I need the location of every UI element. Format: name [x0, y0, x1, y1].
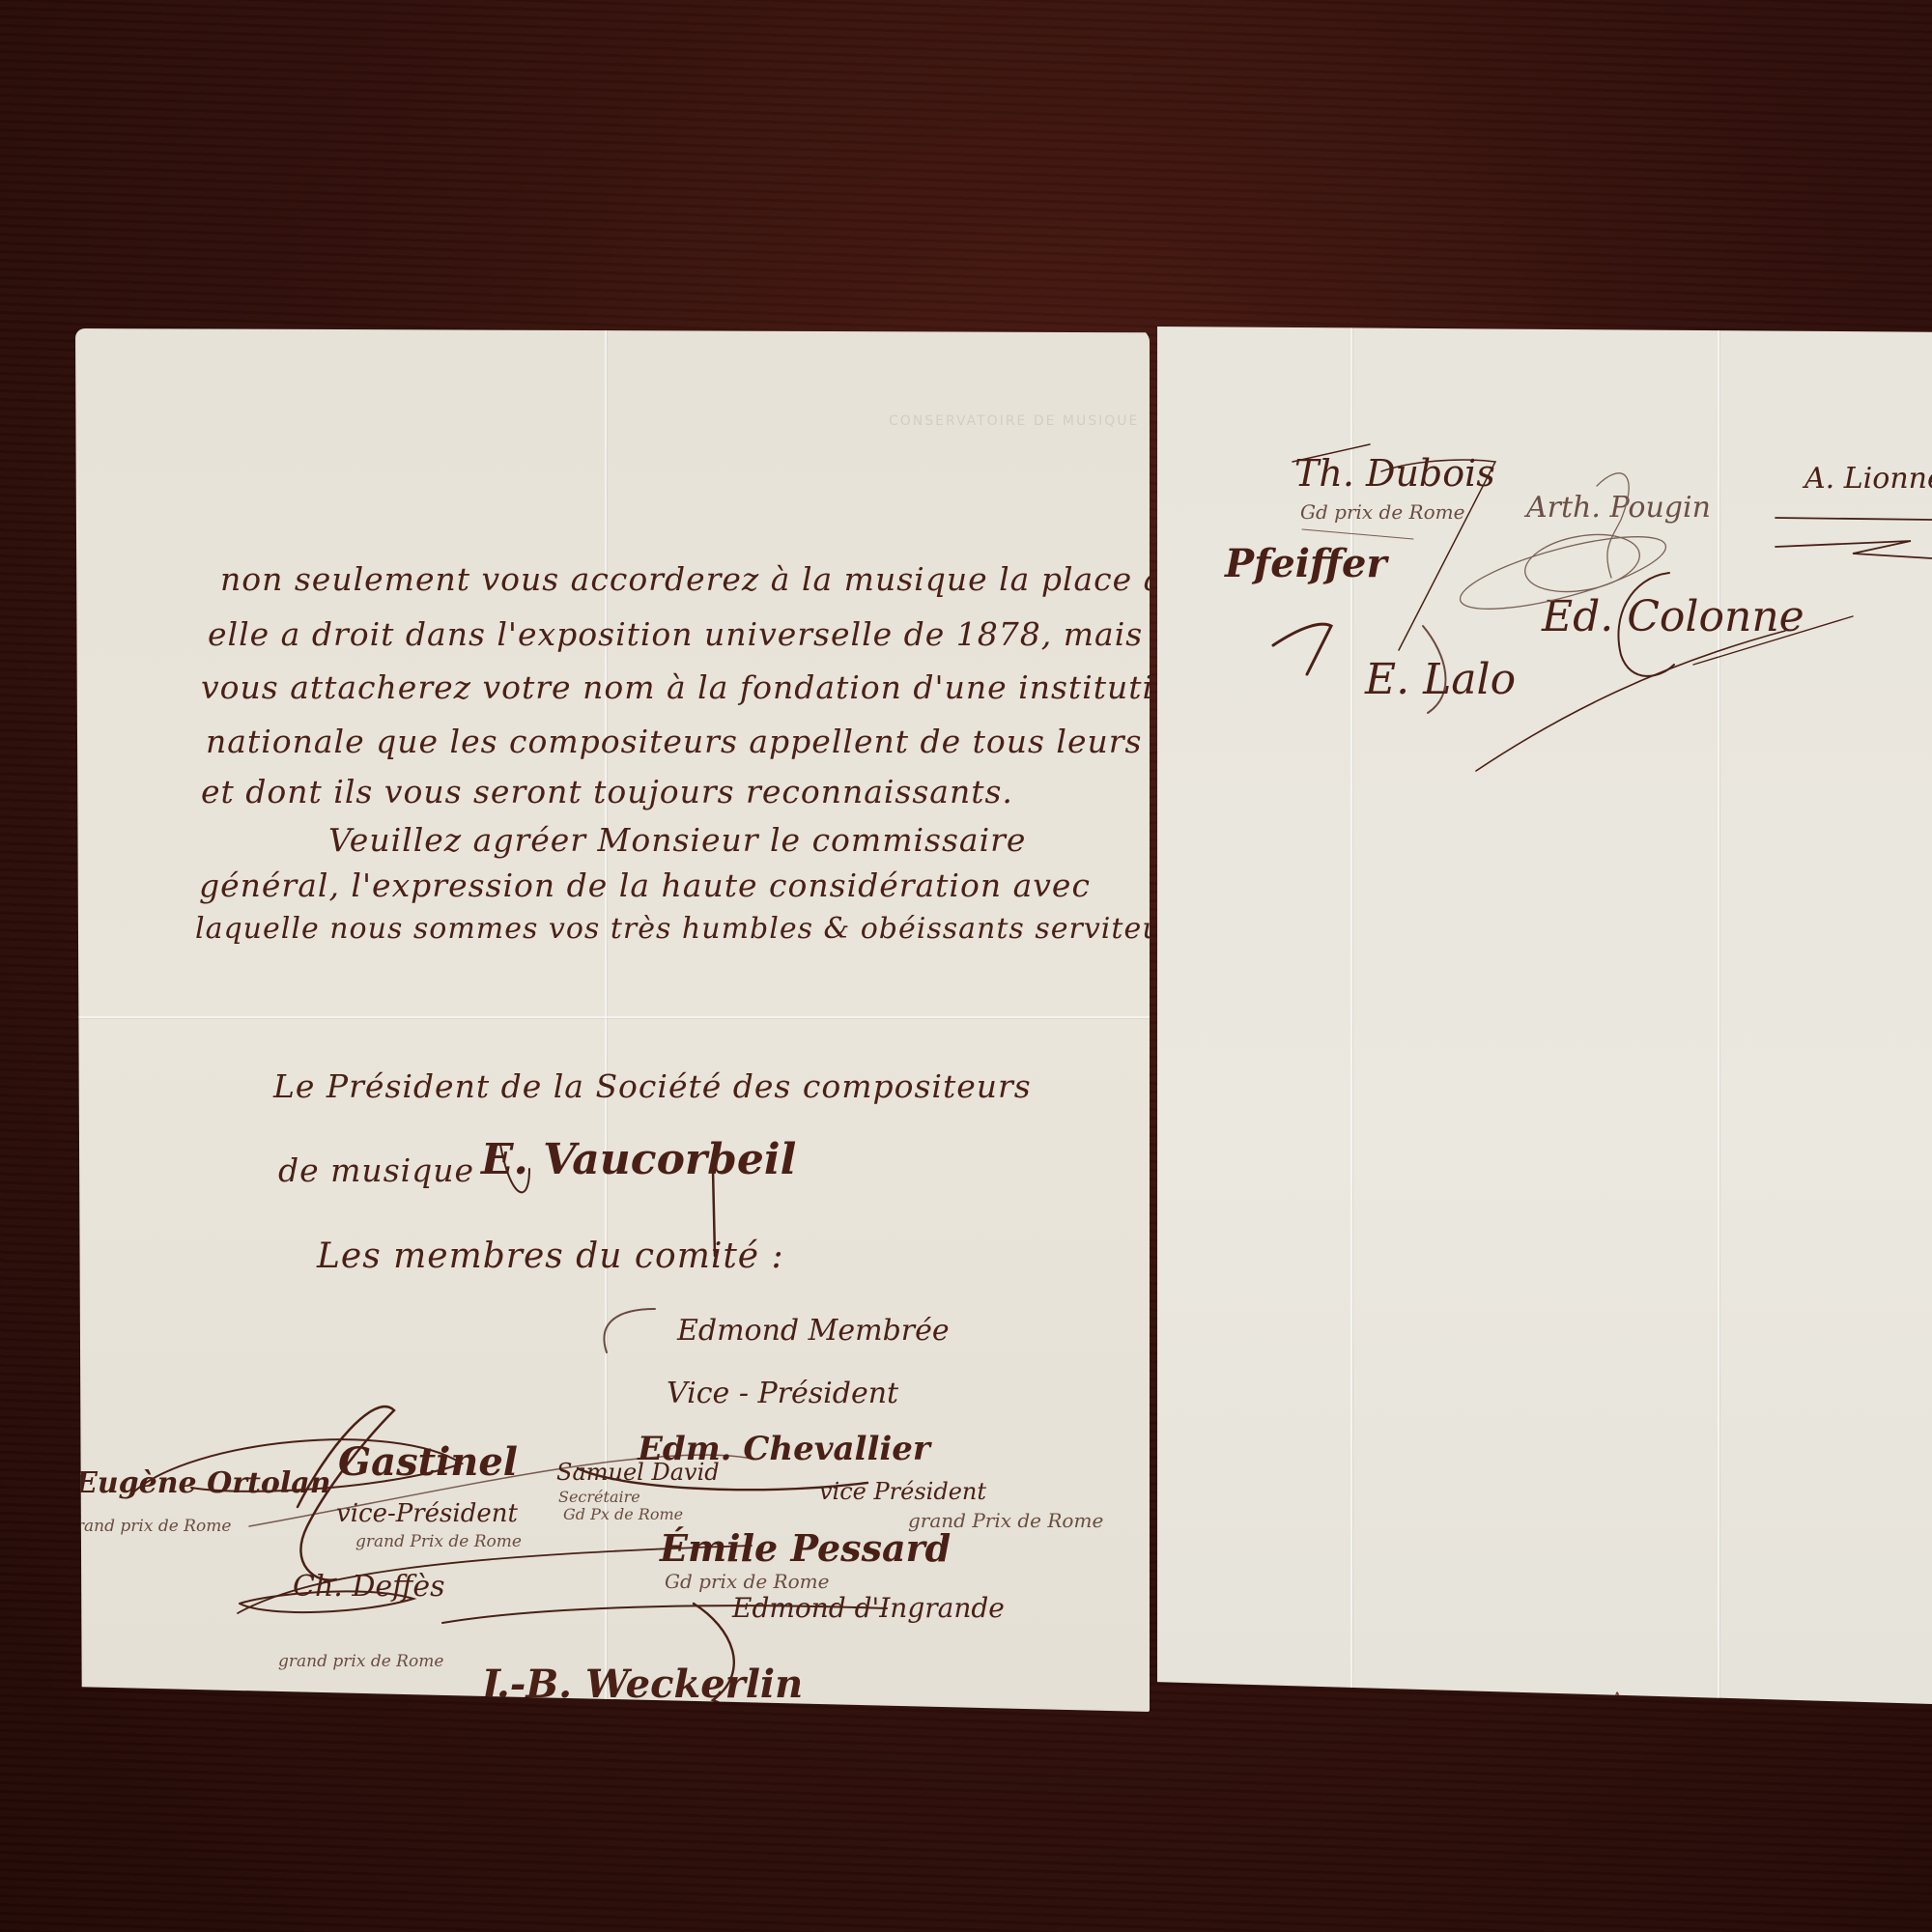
letter-page-right: Th. Dubois Gd prix de Rome Arth. Pougin … [1157, 327, 1932, 1704]
fold-line-vertical [1350, 327, 1352, 1704]
signature-flourishes-right [1157, 327, 1932, 1704]
signature-colonne: Ed. Colonne [1542, 592, 1804, 641]
note-deffes: grand prix de Rome [278, 1652, 443, 1671]
signature-lionnet: A. Lionnet [1804, 462, 1932, 496]
body-line-3: vous attacherez votre nom à la fondation… [201, 668, 1195, 706]
committee-heading: Les membres du comité : [317, 1236, 784, 1276]
signature-vaucorbeil: E. Vaucorbeil [481, 1135, 796, 1184]
signature-dubois: Th. Dubois [1294, 452, 1495, 495]
body-line-1: non seulement vous accorderez à la musiq… [220, 560, 1311, 598]
title-gastinel: vice-Président [336, 1499, 518, 1528]
title-david: Secrétaire [558, 1488, 640, 1506]
signature-pfeiffer: Pfeiffer [1225, 541, 1387, 586]
body-line-4: nationale que les compositeurs appellent… [206, 723, 1245, 760]
note-gastinel: grand Prix de Rome [355, 1532, 522, 1551]
faint-letterhead: CONSERVATOIRE DE MUSIQUE [889, 413, 1139, 429]
note-david: Gd Px de Rome [563, 1505, 683, 1523]
president-line-2: de musique [278, 1151, 474, 1189]
letter-page-left: CONSERVATOIRE DE MUSIQUE non seulement v… [75, 328, 1150, 1712]
corner-mark: ʌ [1611, 1685, 1623, 1709]
fold-line-vertical [1718, 327, 1719, 1704]
signature-pougin: Arth. Pougin [1526, 491, 1711, 525]
signature-dingrande: Edmond d'Ingrande [732, 1592, 1005, 1624]
closing-line-3: laquelle nous sommes vos très humbles & … [195, 912, 1203, 946]
closing-line-2: général, l'expression de la haute consid… [199, 867, 1091, 904]
signature-gastinel: Gastinel [338, 1439, 518, 1485]
signature-weckerlin: J.-B. Weckerlin [481, 1662, 803, 1707]
signature-deffes: Ch. Deffès [293, 1570, 445, 1604]
note-dubois: Gd prix de Rome [1300, 500, 1464, 524]
note-ortolan: grand prix de Rome [66, 1517, 231, 1536]
fold-line-horizontal [75, 1016, 1150, 1018]
body-line-5: et dont ils vous seront toujours reconna… [201, 773, 1013, 810]
signature-membree: Edmond Membrée [677, 1314, 950, 1348]
president-line-1: Le Président de la Société des composite… [273, 1067, 1032, 1105]
title-membree: Vice - Président [667, 1377, 898, 1410]
signature-ortolan: Eugène Ortolan [75, 1466, 331, 1500]
body-line-2: elle a droit dans l'exposition universel… [208, 615, 1143, 653]
signature-pessard: Émile Pessard [660, 1526, 951, 1570]
title-chevallier: vice Président [819, 1478, 986, 1505]
signature-david: Samuel David [556, 1459, 720, 1486]
note-pessard: Gd prix de Rome [665, 1570, 829, 1593]
closing-line-1: Veuillez agréer Monsieur le commissaire [328, 821, 1026, 859]
signature-lalo: E. Lalo [1365, 655, 1516, 704]
